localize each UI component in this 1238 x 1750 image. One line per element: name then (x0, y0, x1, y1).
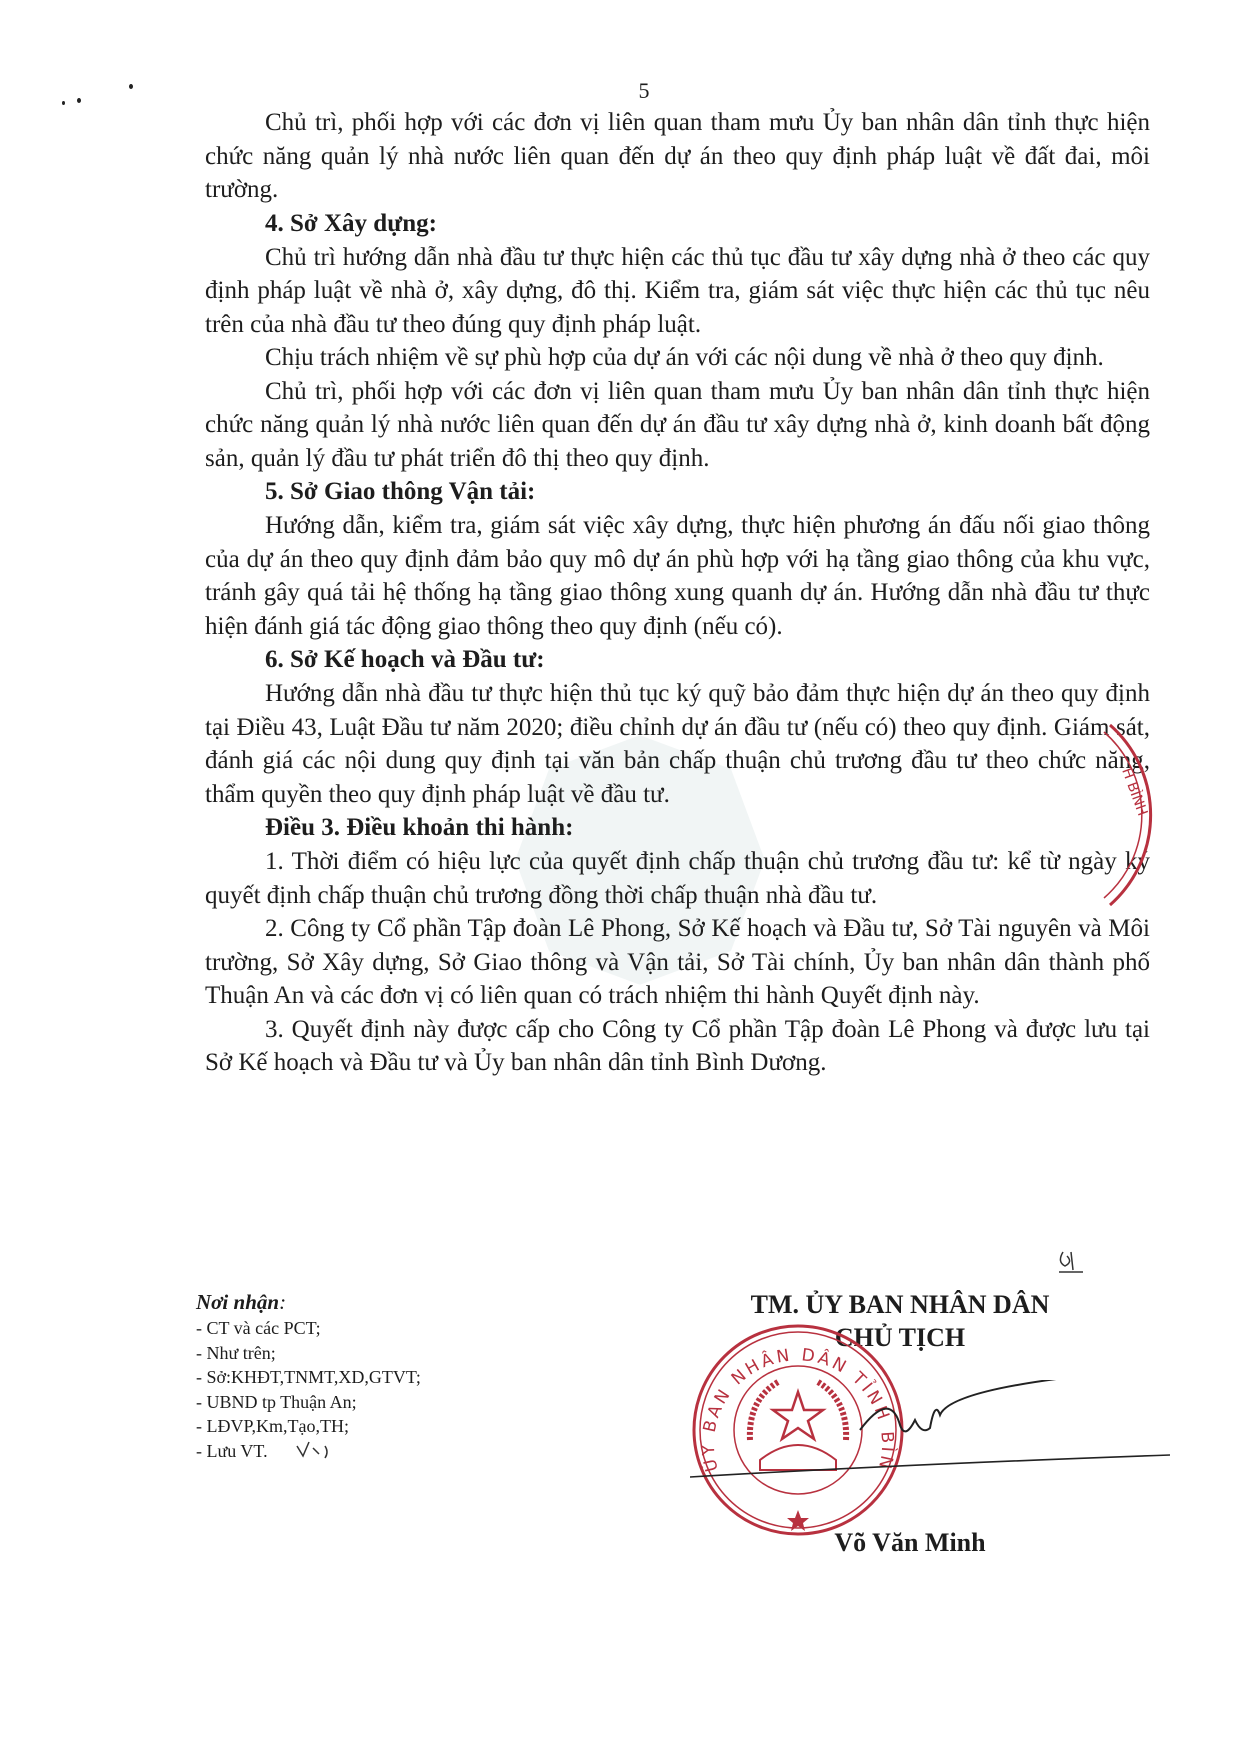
section-heading-so-xay-dung: 4. Sở Xây dựng: (205, 207, 1150, 241)
signature-organization: TM. ỦY BAN NHÂN DÂN (700, 1288, 1100, 1321)
section-heading-so-giao-thong: 5. Sở Giao thông Vận tải: (205, 475, 1150, 509)
recipients-title: Nơi nhận: (196, 1288, 421, 1316)
recipient-item: - LĐVP,Km,Tạo,TH; (196, 1414, 421, 1439)
paragraph: Chủ trì hướng dẫn nhà đầu tư thực hiện c… (205, 241, 1150, 342)
paragraph: Chịu trách nhiệm về sự phù hợp của dự án… (205, 341, 1150, 375)
paragraph: Hướng dẫn, kiểm tra, giám sát việc xây d… (205, 509, 1150, 643)
recipient-item: - Sở:KHĐT,TNMT,XD,GTVT; (196, 1365, 421, 1390)
recipient-item: - UBND tp Thuận An; (196, 1390, 421, 1415)
page-number: 5 (0, 78, 1238, 104)
paragraph: 2. Công ty Cổ phần Tập đoàn Lê Phong, Sở… (205, 912, 1150, 1013)
paragraph: 3. Quyết định này được cấp cho Công ty C… (205, 1013, 1150, 1080)
article-3-heading: Điều 3. Điều khoản thi hành: (205, 811, 1150, 845)
recipient-item: - CT và các PCT; (196, 1316, 421, 1341)
document-body: Chủ trì, phối hợp với các đơn vị liên qu… (205, 106, 1150, 1080)
handwritten-initial (295, 1438, 335, 1462)
seal-fragment-right: H BÌNH (1100, 720, 1180, 910)
handwritten-initial (1055, 1248, 1085, 1276)
section-heading-so-ke-hoach: 6. Sở Kế hoạch và Đầu tư: (205, 643, 1150, 677)
paragraph: Chủ trì, phối hợp với các đơn vị liên qu… (205, 106, 1150, 207)
svg-text:H BÌNH: H BÌNH (1118, 766, 1151, 819)
recipient-item: - Như trên; (196, 1341, 421, 1366)
paragraph: 1. Thời điểm có hiệu lực của quyết định … (205, 845, 1150, 912)
recipients-block: Nơi nhận: - CT và các PCT; - Như trên; -… (196, 1288, 421, 1463)
handwritten-signature (690, 1380, 1170, 1500)
paragraph: Chủ trì, phối hợp với các đơn vị liên qu… (205, 375, 1150, 476)
paragraph: Hướng dẫn nhà đầu tư thực hiện thủ tục k… (205, 677, 1150, 811)
